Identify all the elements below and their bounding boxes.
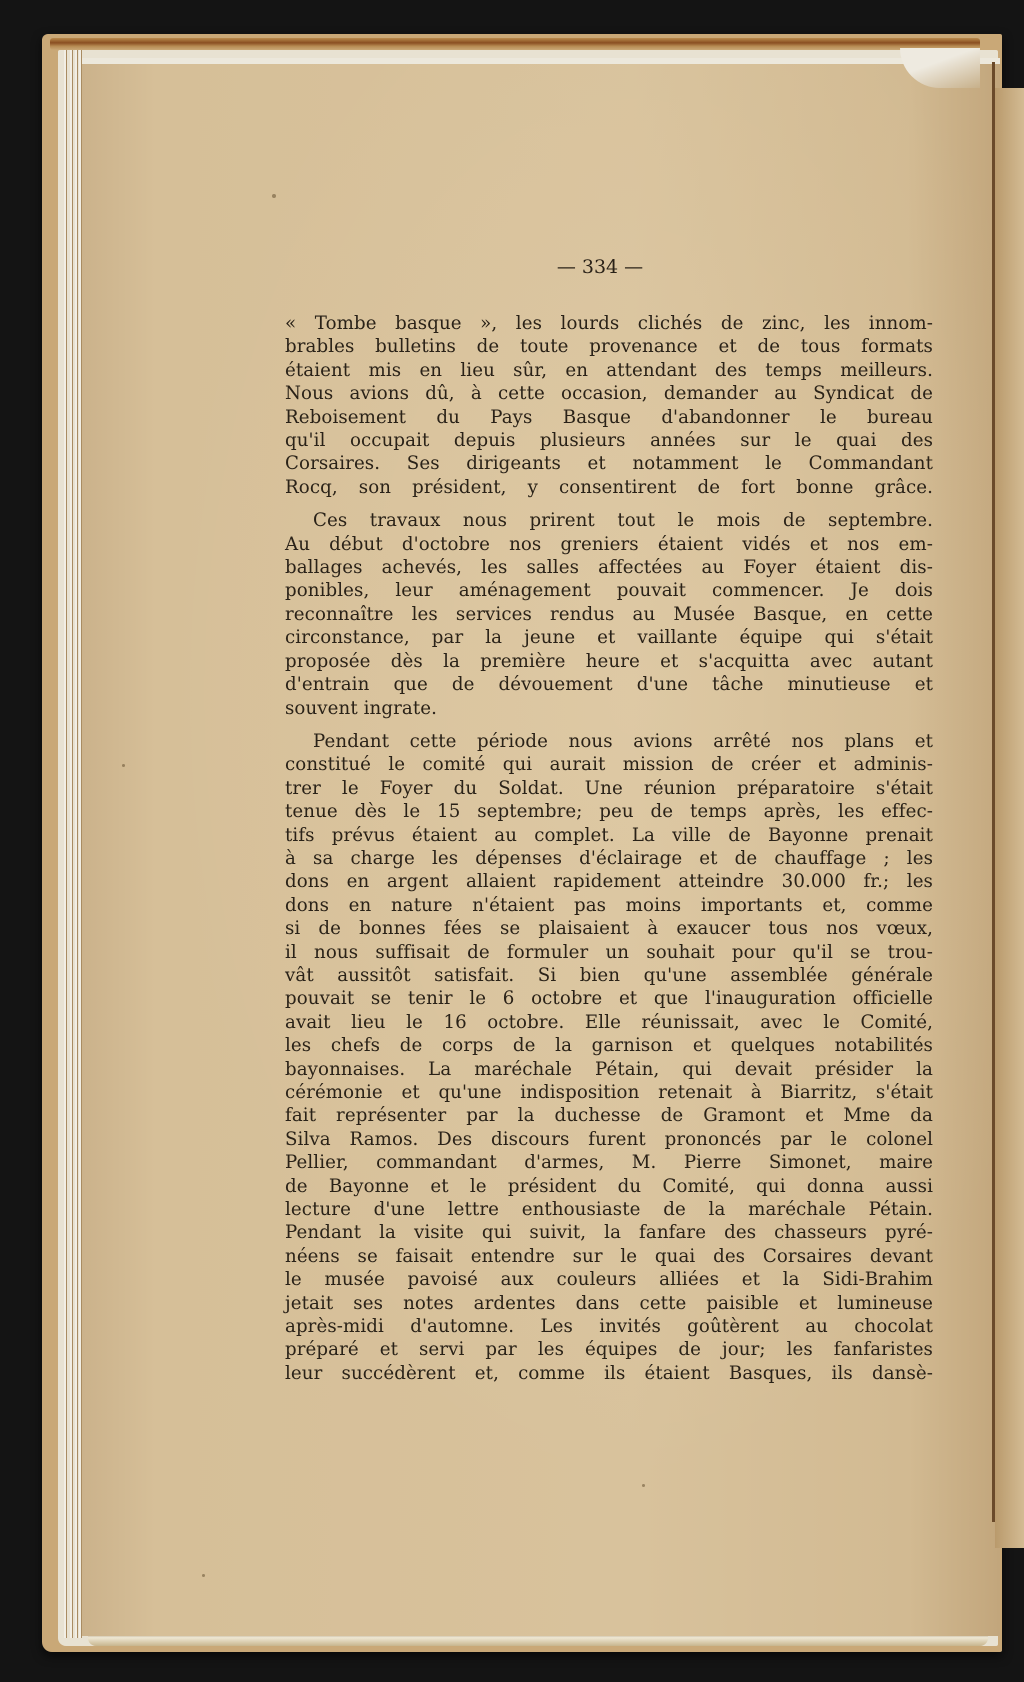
text-line: à sa charge les dépenses d'éclairage et … (285, 847, 933, 870)
text-line: pouvait se tenir le 6 octobre et que l'i… (285, 987, 933, 1010)
text-line: ballages achevés, les salles affectées a… (285, 556, 933, 579)
facing-page-edge (995, 88, 1024, 1548)
text-line: qu'il occupait depuis plusieurs années s… (285, 429, 933, 452)
text-line: après-midi d'automne. Les invités goûtèr… (285, 1315, 933, 1338)
text-line: leur succédèrent et, comme ils étaient B… (285, 1362, 933, 1385)
text-line: Rocq, son président, y consentirent de f… (285, 476, 933, 499)
text-line: vât aussitôt satisfait. Si bien qu'une a… (285, 964, 933, 987)
text-line: Pendant la visite qui suivit, la fanfare… (285, 1221, 933, 1244)
text-line: « Tombe basque », les lourds clichés de … (285, 312, 933, 335)
text-line: tifs prévus étaient au complet. La ville… (285, 824, 933, 847)
text-line: jetait ses notes ardentes dans cette pai… (285, 1292, 933, 1315)
text-line: Pellier, commandant d'armes, M. Pierre S… (285, 1151, 933, 1174)
paper-speck (642, 1484, 645, 1487)
text-line: Corsaires. Ses dirigeants et notamment l… (285, 452, 933, 475)
paragraph-3: Pendant cette période nous avions arrêté… (285, 730, 933, 1385)
text-line: le musée pavoisé aux couleurs alliées et… (285, 1268, 933, 1291)
text-line: les chefs de corps de la garnison et que… (285, 1034, 933, 1057)
text-line: Silva Ramos. Des discours furent prononc… (285, 1128, 933, 1151)
text-line: préparé et servi par les équipes de jour… (285, 1338, 933, 1361)
text-line: d'entrain que de dévouement d'une tâche … (285, 673, 933, 696)
text-line: Nous avions dû, à cette occasion, demand… (285, 382, 933, 405)
text-line: brables bulletins de toute provenance et… (285, 335, 933, 358)
text-line: il nous suffisait de formuler un souhait… (285, 941, 933, 964)
text-line: cérémonie et qu'une indisposition retena… (285, 1081, 933, 1104)
text-line: trer le Foyer du Soldat. Une réunion pré… (285, 777, 933, 800)
text-line: proposée dès la première heure et s'acqu… (285, 650, 933, 673)
text-line: Au début d'octobre nos greniers étaient … (285, 533, 933, 556)
text-line: reconnaître les services rendus au Musée… (285, 603, 933, 626)
text-line: souvent ingrate. (285, 697, 933, 720)
text-line: Ces travaux nous prirent tout le mois de… (285, 509, 933, 532)
paragraph-2: Ces travaux nous prirent tout le mois de… (285, 509, 933, 720)
text-line: dons en argent allaient rapidement attei… (285, 870, 933, 893)
page-body-text: « Tombe basque », les lourds clichés de … (285, 312, 933, 1395)
text-line: avait lieu le 16 octobre. Elle réunissai… (285, 1011, 933, 1034)
page-edge (70, 50, 73, 1638)
page-edge (75, 50, 78, 1638)
text-line: de Bayonne et le président du Comité, qu… (285, 1175, 933, 1198)
paper-speck (272, 194, 276, 198)
text-line: ponibles, leur aménagement pouvait comme… (285, 579, 933, 602)
text-line: étaient mis en lieu sûr, en attendant de… (285, 359, 933, 382)
text-line: néens se faisait entendre sur le quai de… (285, 1245, 933, 1268)
text-line: Reboisement du Pays Basque d'abandonner … (285, 406, 933, 429)
cover-top-edge (50, 38, 980, 50)
text-line: dons en nature n'étaient pas moins impor… (285, 894, 933, 917)
text-line: constitué le comité qui aurait mission d… (285, 753, 933, 776)
text-line: Pendant cette période nous avions arrêté… (285, 730, 933, 753)
text-line: circonstance, par la jeune et vaillante … (285, 626, 933, 649)
text-line: si de bonnes fées se plaisaient à exauce… (285, 917, 933, 940)
page-number: — 334 — (535, 256, 665, 278)
text-line: fait représenter par la duchesse de Gram… (285, 1104, 933, 1127)
paper-speck (122, 764, 125, 767)
paragraph-1: « Tombe basque », les lourds clichés de … (285, 312, 933, 499)
text-line: tenue dès le 15 septembre; peu de temps … (285, 800, 933, 823)
text-line: lecture d'une lettre enthousiaste de la … (285, 1198, 933, 1221)
paper-speck (202, 1574, 205, 1577)
text-line: bayonnaises. La maréchale Pétain, qui de… (285, 1058, 933, 1081)
page-edge (64, 50, 67, 1638)
